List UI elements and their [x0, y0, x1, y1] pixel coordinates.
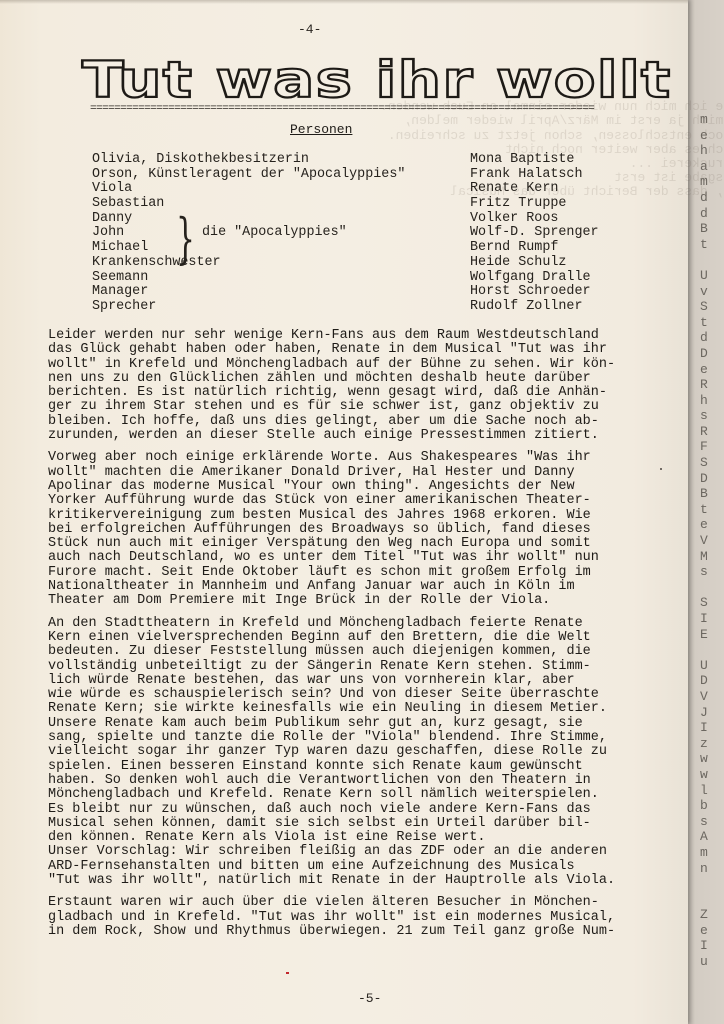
page-number-bottom: -5-	[358, 991, 381, 1006]
text-line: sang, spielte und tanzte die Rolle der "…	[48, 731, 673, 745]
cast-row: ManagerHorst Schroeder	[0, 285, 688, 300]
brace-icon: }	[176, 212, 195, 266]
text-line: gladbach und in Krefeld. "Tut was ihr wo…	[48, 911, 673, 925]
text-line: vielleicht sogar ihr ganzer Typ waren da…	[48, 745, 673, 759]
text-line: bedeuten. Zu dieser Feststellung müssen …	[48, 645, 673, 659]
text-line: wollt" in Krefeld und Mönchengladbach au…	[48, 358, 673, 372]
text-line: wie würde es schauspielerisch sein? Und …	[48, 688, 673, 702]
paragraph: Leider werden nur sehr wenige Kern-Fans …	[48, 329, 673, 443]
text-line: Stück nun auch mit einiger Verspätung de…	[48, 537, 673, 551]
text-line: "Tut was ihr wollt", natürlich mit Renat…	[48, 874, 673, 888]
text-line: den können. Renate Kern als Viola ist ei…	[48, 831, 673, 845]
page-title: Tut was ihr wollt	[82, 52, 671, 108]
text-line: vollständig unbeteiltigt zu der Sängerin…	[48, 660, 673, 674]
cast-role: Seemann	[92, 271, 148, 286]
text-line: Unser Vorschlag: Wir schreiben fleißig a…	[48, 845, 673, 859]
cast-actor: Fritz Truppe	[470, 197, 566, 212]
cast-row: ViolaRenate Kern	[0, 182, 688, 197]
text-line: Theater am Dom Premiere mit Inge Brück i…	[48, 594, 673, 608]
text-line: Apolinar das moderne Musical "Your own t…	[48, 480, 673, 494]
text-line: haben. So denken wohl auch die Verantwor…	[48, 774, 673, 788]
text-line: Es bleibt nur zu wünschen, daß auch noch…	[48, 803, 673, 817]
text-line: bei erfolgreichen Aufführungen des Broad…	[48, 523, 673, 537]
text-line: das Glück gehabt haben oder haben, Renat…	[48, 343, 673, 357]
cast-actor: Heide Schulz	[470, 256, 566, 271]
cast-actor: Wolfgang Dralle	[470, 271, 591, 286]
document-page: Liebe Leser ... Gleich nach Renate möcht…	[0, 0, 688, 1024]
cast-role: Danny	[92, 212, 132, 227]
adjacent-page-edge: m e h a m d d B t U v S t d D e R h s R …	[688, 0, 724, 1024]
cast-role: Viola	[92, 182, 132, 197]
cast-actor: Horst Schroeder	[470, 285, 591, 300]
cast-actor: Wolf-D. Sprenger	[470, 226, 599, 241]
cast-actor: Bernd Rumpf	[470, 241, 558, 256]
ink-mark	[286, 972, 289, 974]
cast-row: SebastianFritz Truppe	[0, 197, 688, 212]
text-line: auch nach Deutschland, wo es unter dem T…	[48, 551, 673, 565]
text-line: Unsere Renate kam auch beim Publikum seh…	[48, 717, 673, 731]
cast-role: Olivia, Diskothekbesitzerin	[92, 153, 309, 168]
cast-role: John	[92, 226, 124, 241]
text-line: berichten. Es ist natürlich richtig, wen…	[48, 386, 673, 400]
text-line: ger zu ihrem Star stehen und es für sie …	[48, 400, 673, 414]
cast-role: Sprecher	[92, 300, 156, 315]
text-line: lich würde Renate bestehen, das war uns …	[48, 674, 673, 688]
text-line: Furore macht. Seit Ende Oktober läuft es…	[48, 566, 673, 580]
cast-actor: Renate Kern	[470, 182, 558, 197]
text-line: in dem Rock, Show und Rhythmus überwiege…	[48, 925, 673, 939]
text-line: ARD-Fernsehanstalten und bitten um eine …	[48, 860, 673, 874]
text-line: Nationaltheater in Mannheim und Anfang J…	[48, 580, 673, 594]
page-number-top: -4-	[298, 22, 321, 37]
title-underline-rule: ========================================…	[90, 103, 645, 115]
text-line: Vorweg aber noch einige erklärende Worte…	[48, 451, 673, 465]
cast-heading: Personen	[290, 122, 352, 137]
text-line: Musical sehen können, damit sie sich sel…	[48, 817, 673, 831]
text-line: nen uns zu den Glücklichen zählen und mö…	[48, 372, 673, 386]
text-line: kritikervereinigung zum besten Musical d…	[48, 509, 673, 523]
text-line: bleiben. Ich hoffe, daß uns dies gelingt…	[48, 415, 673, 429]
cast-row: MichaelBernd Rumpf	[0, 241, 688, 256]
text-line: Kern einen vielversprechenden Beginn auf…	[48, 631, 673, 645]
cast-row: Olivia, DiskothekbesitzerinMona Baptiste	[0, 153, 688, 168]
cast-actor: Volker Roos	[470, 212, 558, 227]
text-line: spielen. Einen besseren Einstand konnte …	[48, 760, 673, 774]
text-line: zurunden, werden an dieser Stelle auch e…	[48, 429, 673, 443]
cast-role: Orson, Künstleragent der "Apocalyppies"	[92, 168, 405, 183]
cast-role: Krankenschwester	[92, 256, 221, 271]
text-line: Mönchengladbach und Krefeld. Renate Kern…	[48, 788, 673, 802]
adjacent-page-text: m e h a m d d B t U v S t d D e R h s R …	[700, 112, 708, 970]
text-line: An den Stadttheatern in Krefeld und Mönc…	[48, 617, 673, 631]
text-line: Leider werden nur sehr wenige Kern-Fans …	[48, 329, 673, 343]
cast-role: Manager	[92, 285, 148, 300]
paragraph: Unser Vorschlag: Wir schreiben fleißig a…	[48, 845, 673, 888]
cast-row: Orson, Künstleragent der "Apocalyppies"F…	[0, 168, 688, 183]
cast-row: KrankenschwesterHeide Schulz	[0, 256, 688, 271]
article-body: Leider werden nur sehr wenige Kern-Fans …	[48, 329, 673, 947]
paragraph: Vorweg aber noch einige erklärende Worte…	[48, 451, 673, 608]
text-line: Yorker Aufführung wurde das Stück von ei…	[48, 494, 673, 508]
cast-list: Olivia, DiskothekbesitzerinMona Baptiste…	[0, 153, 688, 315]
cast-role: Michael	[92, 241, 148, 256]
text-line: Renate Kern; sie wirkte keinesfalls wie …	[48, 702, 673, 716]
paragraph: An den Stadttheatern in Krefeld und Mönc…	[48, 617, 673, 846]
cast-row: SprecherRudolf Zollner	[0, 300, 688, 315]
cast-group-label: die "Apocalyppies"	[202, 226, 347, 241]
cast-role: Sebastian	[92, 197, 164, 212]
cast-actor: Rudolf Zollner	[470, 300, 583, 315]
ink-dot	[660, 468, 662, 470]
text-line: wollt" machten die Amerikaner Donald Dri…	[48, 466, 673, 480]
cast-actor: Frank Halatsch	[470, 168, 583, 183]
cast-actor: Mona Baptiste	[470, 153, 574, 168]
cast-row: SeemannWolfgang Dralle	[0, 271, 688, 286]
paragraph: Erstaunt waren wir auch über die vielen …	[48, 896, 673, 939]
text-line: Erstaunt waren wir auch über die vielen …	[48, 896, 673, 910]
